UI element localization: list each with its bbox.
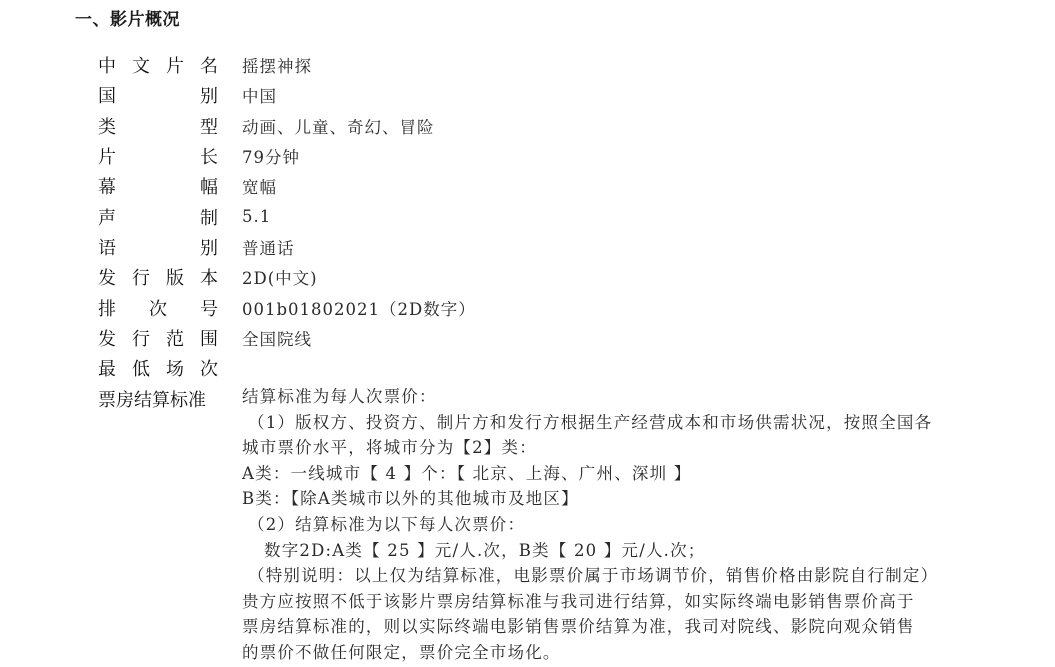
field-row-sound-format: 声 制 5.1: [98, 201, 998, 231]
field-value: 全国院线: [242, 326, 312, 350]
settlement-line: （1）版权方、投资方、制片方和发行方根据生产经营成本和市场供需状况，按照全国各: [242, 410, 1002, 436]
field-value: 普通话: [242, 235, 295, 259]
settlement-line: 的票价不做任何限定，票价完全市场化。: [242, 640, 1002, 666]
field-label: 声 制: [98, 204, 218, 230]
field-value: 宽幅: [242, 174, 277, 198]
field-value: 5.1: [242, 207, 271, 226]
field-value: 2D(中文): [242, 265, 318, 289]
field-value: 001b01802021（2D数字）: [242, 296, 476, 320]
field-label: 国 别: [98, 82, 218, 108]
settlement-line: （2）结算标准为以下每人次票价：: [242, 512, 1002, 538]
field-label: 发 行 版 本: [98, 264, 218, 290]
field-row-release-scope: 发 行 范 围 全国院线: [98, 323, 998, 353]
box-office-settlement-text: 结算标准为每人次票价： （1）版权方、投资方、制片方和发行方根据生产经营成本和市…: [242, 384, 1002, 666]
settlement-line: 数字2D:A类【 25 】元/人.次，B类【 20 】元/人.次；: [242, 538, 1002, 564]
field-label: 语 别: [98, 234, 218, 260]
field-row-schedule-number: 排 次 号 001b01802021（2D数字）: [98, 292, 998, 322]
field-value: 79分钟: [242, 144, 300, 168]
settlement-line: 贵方应按照不低于该影片票房结算标准与我司进行结算，如实际终端电影销售票价高于: [242, 589, 1002, 615]
field-label: 排 次 号: [98, 295, 218, 321]
field-row-chinese-title: 中 文 片 名 摇摆神探: [98, 50, 998, 80]
settlement-line: 城市票价水平，将城市分为【2】类：: [242, 435, 1002, 461]
field-row-screen-format: 幕 幅 宽幅: [98, 171, 998, 201]
field-label: 中 文 片 名: [98, 52, 218, 78]
box-office-settlement-label: 票房结算标准: [98, 386, 206, 412]
film-info-table: 中 文 片 名 摇摆神探 国 别 中国 类 型 动画、儿童、奇幻、冒险 片 长 …: [98, 50, 998, 383]
field-row-release-version: 发 行 版 本 2D(中文): [98, 262, 998, 292]
section-heading: 一、影片概况: [75, 5, 180, 30]
field-label: 片 长: [98, 143, 218, 169]
field-row-genre: 类 型 动画、儿童、奇幻、冒险: [98, 111, 998, 141]
settlement-line: （特别说明：以上仅为结算标准，电影票价属于市场调节价，销售价格由影院自行制定）: [242, 563, 1002, 589]
field-value: 摇摆神探: [242, 53, 312, 77]
settlement-line: A类：一线城市【 4 】个：【 北京、上海、广州、深圳 】: [242, 461, 1002, 487]
field-label: 类 型: [98, 113, 218, 139]
field-value: 中国: [242, 83, 277, 107]
field-label: 发 行 范 围: [98, 325, 218, 351]
field-label: 幕 幅: [98, 173, 218, 199]
settlement-line: B类：【除A类城市以外的其他城市及地区】: [242, 486, 1002, 512]
field-row-language: 语 别 普通话: [98, 232, 998, 262]
field-label: 最 低 场 次: [98, 355, 218, 381]
field-value: 动画、儿童、奇幻、冒险: [242, 114, 435, 138]
settlement-line: 票房结算标准的，则以实际终端电影销售票价结算为准，我司对院线、影院向观众销售: [242, 614, 1002, 640]
field-row-country: 国 别 中国: [98, 80, 998, 110]
field-row-minimum-screenings: 最 低 场 次: [98, 353, 998, 383]
field-row-duration: 片 长 79分钟: [98, 141, 998, 171]
settlement-line: 结算标准为每人次票价：: [242, 384, 1002, 410]
